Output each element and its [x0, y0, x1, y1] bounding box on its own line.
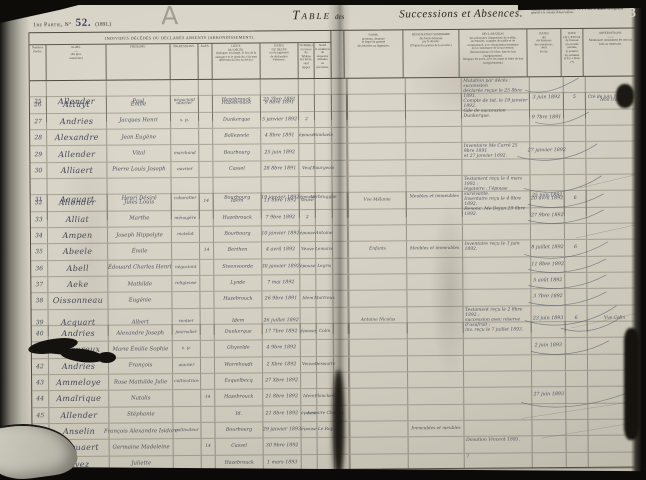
cell-age: [198, 145, 212, 161]
cell-etat: [298, 144, 314, 160]
cell-date-declaration: 27 9bre 1892: [530, 208, 564, 224]
cell-envoi: [566, 436, 588, 452]
cell-envoi: [565, 420, 587, 436]
cell-date-declaration: 11 8bre 1892: [530, 257, 564, 273]
cell-date-declaration: 3 7bre 1892: [530, 289, 564, 305]
cell-lieu-deces: Hazebrouck: [213, 292, 261, 308]
cell-sequestre: Vandaele: [314, 128, 331, 143]
cell-date-deces: 29 janvier 1893: [262, 422, 300, 438]
cell-declaration: [461, 110, 529, 126]
cell-nom: Oissonneau: [47, 293, 107, 309]
cell-designation: [407, 372, 463, 388]
cell-lieu-deces: Bourbourg: [214, 422, 262, 438]
cell-date-deces: 10 janvier 1892: [261, 226, 299, 242]
cell-profession: religieuse: [171, 276, 199, 292]
cell-designation: Meubles et immeubles: [406, 241, 462, 257]
cell-designation: [408, 437, 464, 453]
cell-heritiers: [349, 323, 407, 339]
cell-envoi: [565, 371, 587, 387]
cell-age: [199, 276, 213, 291]
cell-lieu-deces: Wormhoudt: [214, 357, 262, 373]
cell-envoi: [564, 273, 586, 289]
cell-etat: [301, 455, 317, 470]
cell-age: 14: [199, 194, 213, 209]
cell-profession: matelot: [171, 227, 199, 243]
cell-etat: [300, 340, 316, 355]
cell-profession: ouvrier: [170, 162, 198, 178]
cell-designation: [405, 94, 461, 110]
cell-declaration: [462, 224, 530, 240]
header-dates-deces: DATES DU DÉCÈS ou du jugement de déclara…: [259, 43, 297, 78]
cell-lieu-deces: Esquelbecq: [214, 373, 262, 389]
cell-heritiers: [347, 111, 405, 127]
cell-date-deces: 4 avril 1892: [261, 242, 299, 258]
cell-sequestre: [317, 454, 334, 469]
cell-lieu-deces: Bourbourg: [213, 226, 261, 242]
cell-etat: [300, 373, 316, 388]
cell-declaration: Donation Vincent 1893.: [464, 437, 532, 453]
cell-prenoms: Mathilde: [107, 276, 171, 292]
cell-envoi: [563, 126, 585, 142]
cell-nom: Alexandre: [46, 130, 106, 146]
cell-sequestre: Antoine: [315, 226, 332, 241]
cell-nom: Allender: [47, 195, 107, 211]
cell-envoi: [565, 355, 587, 371]
cell-date-declaration: 2 juin 1893: [531, 338, 565, 354]
cell-date-declaration: 27 juin 1893: [531, 387, 565, 403]
header-fold-spacer: [330, 31, 344, 78]
cell-lieu-deces: Bollezeele: [212, 128, 260, 144]
cell-prenoms: Jacques Henri: [106, 113, 170, 129]
cell-sequestre: [316, 340, 333, 355]
cell-heritiers: [347, 95, 405, 111]
cell-heritiers: [348, 258, 406, 274]
cell-row-number: 42: [32, 359, 48, 374]
cell-age: [200, 325, 214, 340]
cell-heritiers: [350, 438, 408, 454]
cell-nom: Attuyt: [46, 97, 106, 113]
cell-etat: [301, 438, 317, 453]
header-heritiers: NOMS, prénoms, demeure et degré de paren…: [344, 30, 402, 77]
cell-age: [199, 259, 213, 274]
part-prefix: 1re Partie, N°: [33, 22, 71, 28]
cell-designation: [405, 143, 461, 159]
title-word-table: Table: [292, 7, 331, 22]
header-numero-tableau: NUMÉRO et renvoi du Tableau des décès, s…: [297, 43, 313, 78]
cell-age: [198, 96, 212, 111]
cell-lieu-deces: Hazebrouck: [213, 210, 261, 226]
cell-declaration: 7: [464, 453, 532, 469]
scanned-register-page: 1re Partie, N° 52. (1891.) A Table des S…: [0, 0, 646, 480]
cell-declaration: [463, 404, 531, 420]
cell-row-number: 26: [30, 98, 46, 113]
cell-lieu-deces: Dunkerque: [212, 112, 260, 128]
cell-heritiers: Vve Mélanie: [348, 193, 406, 209]
cell-nom: Aeke: [47, 277, 107, 293]
cell-date-declaration: 9 7bre 1891: [529, 110, 563, 126]
cell-row-number: 35: [31, 244, 47, 259]
cell-declaration: [461, 126, 529, 142]
cell-nom: Amalrique: [48, 391, 108, 407]
cell-date-declaration: [532, 436, 566, 452]
cell-age: [200, 423, 214, 438]
cell-date-deces: 4 8bre 1891: [260, 128, 298, 144]
page-title-right: Successions et Absences.: [399, 7, 523, 20]
cell-envoi: [563, 159, 585, 175]
header-left-page: INDIVIDUS DÉCÉDÉS OU DÉCLARÉS ABSENTS (A…: [29, 31, 330, 80]
cell-age: [198, 113, 212, 128]
cell-declaration: [463, 339, 531, 355]
cell-heritiers: [348, 291, 406, 307]
cell-profession: ouvrier: [172, 358, 200, 374]
cell-prenoms: François: [108, 358, 172, 374]
cell-date-deces: 30 janvier 1892: [261, 259, 299, 275]
header-observations: OBSERVATIONS. —— Mentionner notamment le…: [582, 29, 637, 76]
header-declaration: DÉCLARATION des poursuites d'apposition …: [458, 29, 526, 77]
cell-sequestre: Le Roy: [316, 422, 333, 437]
cell-date-deces: 27 Xbre 1892: [262, 373, 300, 389]
cell-date-deces: 2 Xbre 1892: [262, 357, 300, 373]
cell-heritiers: [349, 421, 407, 437]
cell-sequestre: [315, 210, 332, 225]
cell-date-deces: 9 8bre 1891: [260, 96, 298, 112]
part-year: (1891.): [95, 22, 111, 28]
cell-row-number: 32: [31, 195, 47, 210]
cell-prenoms: Eugénie: [107, 292, 171, 308]
cell-prenoms: Germaine Madeleine: [109, 439, 173, 455]
cell-designation: [406, 290, 462, 306]
cell-date-declaration: [531, 404, 565, 420]
cell-envoi: [563, 110, 585, 126]
cell-sequestre: [314, 112, 331, 127]
cell-etat: Idem: [299, 291, 315, 306]
header-sequestre: NOM et résidence du séquestre mobilier e…: [313, 43, 330, 78]
cell-date-declaration: [530, 224, 564, 240]
cell-declaration: [462, 192, 530, 208]
cell-row-number: 43: [32, 375, 48, 390]
cell-envoi: [565, 387, 587, 403]
cell-date-declaration: 5 août 1892: [530, 273, 564, 289]
cell-envoi: [565, 403, 587, 419]
cell-designation: [407, 323, 463, 339]
cell-envoi: 6: [564, 240, 586, 256]
header-ages: ÂGES.: [197, 44, 211, 79]
register-sheet: 1re Partie, N° 52. (1891.) A Table des S…: [0, 0, 646, 480]
cell-sequestre: [315, 193, 332, 208]
cell-fold-spacer: [332, 242, 348, 257]
cell-row-number: 27: [30, 114, 46, 129]
cell-fold-spacer: [332, 209, 348, 224]
cell-age: 14: [199, 243, 213, 258]
cell-profession: cultivateur: [172, 423, 200, 439]
cell-fold-spacer: [332, 258, 348, 273]
cell-envoi: 6: [564, 191, 586, 207]
header-date-envoi: DATE DE L'ENVOI de l'extrait à la recett…: [560, 29, 582, 76]
cell-declaration: [462, 290, 530, 306]
cell-row-number: 36: [31, 261, 47, 276]
cell-date-deces: 5 janvier 1892: [260, 112, 298, 128]
cell-sequestre: Mortreux: [315, 291, 332, 306]
cell-profession: [171, 194, 199, 210]
cell-row-number: 37: [31, 277, 47, 292]
cell-declaration: [463, 355, 531, 371]
cell-prenoms: Émile: [106, 97, 170, 113]
cell-age: [198, 162, 212, 177]
cell-heritiers: [347, 144, 405, 160]
cell-age: [199, 210, 213, 225]
cell-sequestre: [314, 95, 331, 110]
cell-nom: Abeele: [47, 244, 107, 260]
cell-prenoms: Émile: [107, 243, 171, 259]
cell-date-deces: 26 9bre 1891: [261, 291, 299, 307]
cell-nom: Alliat: [47, 211, 107, 227]
cell-declaration: Inventaire reçu le 3 juin 1892.: [462, 241, 530, 257]
header-numero-ordre: Numéros d'ordre.: [29, 45, 45, 80]
folio-number: 3: [629, 6, 636, 22]
cell-row-number: 44: [32, 391, 48, 406]
table-header: INDIVIDUS DÉCÉDÉS OU DÉCLARÉS ABSENTS (A…: [29, 29, 637, 82]
cell-row-number: 33: [31, 212, 47, 227]
cell-date-declaration: 27 janvier 1892: [529, 142, 563, 158]
cell-row-number: 28: [30, 130, 46, 145]
cell-heritiers: [349, 405, 407, 421]
cell-designation: Immeubles et meubles: [407, 421, 463, 437]
right-edge-blot: [616, 84, 634, 108]
cell-fold-spacer: [331, 144, 347, 160]
cell-prenoms: Pierre Louis Joseph: [106, 162, 170, 178]
cell-profession: ménagère: [171, 211, 199, 227]
cell-fold-spacer: [333, 324, 349, 339]
cell-designation: [406, 209, 462, 225]
page-title-left: Table des: [292, 6, 344, 24]
cell-envoi: [565, 338, 587, 354]
cell-date-deces: 7 9bre 1892: [261, 210, 299, 226]
header-professions: PROFESSIONS.: [169, 44, 197, 79]
cell-age: [199, 292, 213, 307]
cell-designation: [407, 404, 463, 420]
cell-age: [200, 357, 214, 372]
cell-envoi: [564, 257, 586, 273]
cell-prenoms: Joseph Hippolyte: [107, 227, 171, 243]
cell-etat: épouse: [299, 259, 315, 274]
cell-declaration: [463, 371, 531, 387]
cell-designation: [406, 258, 462, 274]
part-label: 1re Partie, N° 52. (1891.): [33, 13, 111, 32]
cell-prenoms: Alexandre Joseph: [108, 325, 172, 341]
cell-designation: [405, 127, 461, 143]
cell-nom: Alliaert: [46, 162, 106, 178]
cell-designation: [405, 160, 461, 176]
cell-designation: [407, 355, 463, 371]
cell-sequestre: Lemaire: [315, 242, 332, 257]
cell-age: [200, 406, 214, 421]
cell-prenoms: Marthe: [107, 211, 171, 227]
cell-etat: épouse: [299, 226, 315, 241]
cell-declaration: [461, 94, 529, 110]
cell-date-deces: 28 8bre 1891: [260, 161, 298, 177]
cell-envoi: [564, 208, 586, 224]
cell-designation: [407, 339, 463, 355]
cell-date-declaration: [529, 126, 563, 142]
cell-designation: [405, 111, 461, 127]
cell-date-declaration: [531, 371, 565, 387]
cell-profession: [170, 129, 198, 145]
cell-sequestre: Bourgeois: [314, 161, 331, 176]
cell-envoi: [563, 142, 585, 158]
cell-nom: Abell: [47, 260, 107, 276]
alphabet-letter-mark: A: [161, 1, 178, 30]
cell-age: [200, 374, 214, 389]
cell-fold-spacer: [331, 95, 347, 110]
cell-lieu-deces: Steenvoorde: [213, 259, 261, 275]
cell-sequestre: Deswarte: [316, 357, 333, 372]
cell-date-declaration: 8 juillet 1892: [530, 240, 564, 256]
cell-lieu-deces: Id.: [214, 406, 262, 422]
cell-profession: s. p.: [170, 113, 198, 129]
cell-prenoms: Stéphanie: [108, 407, 172, 423]
cell-age: 14: [200, 390, 214, 405]
cell-date-deces: 21 8bre 1892: [262, 389, 300, 405]
cell-age: [199, 227, 213, 242]
cell-sequestre: [314, 144, 331, 160]
scan-edge-left: [0, 0, 30, 480]
cell-heritiers: [349, 356, 407, 372]
cell-lieu-deces: Berthen: [213, 243, 261, 259]
header-right-page: NOMS, prénoms, demeure et degré de paren…: [344, 29, 637, 78]
cell-lieu-deces: Cassel: [215, 439, 263, 455]
cell-declaration: [463, 322, 531, 338]
cell-declaration: [462, 208, 530, 224]
cell-heritiers: [349, 372, 407, 388]
cell-fold-spacer: [333, 340, 349, 355]
header-noms: NOMS. — (En gros caractères.): [45, 45, 105, 80]
cell-date-declaration: [529, 93, 563, 109]
cell-designation: [408, 453, 464, 469]
cell-envoi: [564, 224, 586, 240]
cell-profession: s. p.: [172, 341, 200, 357]
cell-declaration: [463, 420, 531, 436]
cell-envoi: [565, 322, 587, 338]
cell-etat: Veuve: [299, 242, 315, 257]
cell-designation: [406, 225, 462, 241]
header-left-columns: Numéros d'ordre. NOMS. — (En gros caract…: [29, 43, 330, 80]
cell-fold-spacer: [332, 291, 348, 306]
cell-date-deces: 17 7bre 1892: [262, 324, 300, 340]
cell-designation: [406, 274, 462, 290]
cell-date-declaration: [532, 453, 566, 469]
cell-date-declaration: 20 avril 1892: [530, 191, 564, 207]
cell-prenoms: Jean Eugène: [106, 129, 170, 145]
cell-declaration: [463, 388, 531, 404]
cell-date-deces: 21 8bre 1892: [262, 406, 300, 422]
cell-sequestre: [315, 275, 332, 290]
cell-sequestre: Legris: [315, 259, 332, 274]
cell-date-deces: 30 9bre 1892: [263, 438, 301, 454]
cell-prenoms: Vital: [106, 146, 170, 163]
cell-profession: [173, 439, 201, 455]
cell-date-declaration: [529, 159, 563, 175]
cell-prenoms: Marie Émilie Sophie: [108, 341, 172, 357]
cell-heritiers: [348, 274, 406, 290]
cell-prenoms: Natalis: [108, 390, 172, 406]
cell-sequestre: Lemaire Charles: [316, 405, 333, 420]
cell-designation: [407, 388, 463, 404]
cell-row-number: 34: [31, 228, 47, 243]
cell-declaration: [462, 257, 530, 273]
cell-etat: épouse: [298, 128, 314, 143]
cell-nom: Allender: [48, 407, 108, 423]
cell-envoi: [564, 289, 586, 305]
cell-lieu-deces: Bourbourg: [212, 145, 260, 161]
cell-profession: [171, 243, 199, 259]
cell-date-deces: 11 8bre 1892: [261, 193, 299, 209]
cell-date-deces: 7 mai 1892: [261, 275, 299, 291]
cell-lieu-deces: Hazebrouck: [214, 390, 262, 406]
cell-heritiers: [349, 389, 407, 405]
fold-ink-smudge: [333, 370, 344, 475]
cell-etat: 2: [299, 210, 315, 225]
cell-fold-spacer: [331, 128, 347, 143]
cell-nom: Ammeloye: [48, 375, 108, 391]
cell-etat: 2: [298, 112, 314, 127]
cell-fold-spacer: [331, 111, 347, 126]
cell-declaration: [461, 159, 529, 175]
cell-profession: négociant: [171, 260, 199, 276]
cell-designation: [406, 192, 462, 208]
cell-date-declaration: [531, 355, 565, 371]
cell-profession: journalier: [172, 325, 200, 341]
cell-declaration: [462, 273, 530, 289]
cell-row-number: 45: [32, 408, 48, 423]
cell-lieu-deces: Dunkerque: [214, 324, 262, 340]
cell-row-number: 38: [31, 293, 47, 308]
cell-heritiers: [350, 454, 408, 470]
header-dates-declarations: DATES des déclarations des mutations ; d…: [526, 29, 560, 76]
cell-heritiers: [348, 225, 406, 241]
cell-row-number: 30: [30, 163, 46, 178]
cell-date-deces: 4 9bre 1892: [262, 340, 300, 356]
cell-lieu-deces: Cassel: [212, 161, 260, 177]
header-prenoms: PRÉNOMS.: [105, 44, 169, 80]
cell-fold-spacer: [332, 226, 348, 241]
cell-sequestre: Colin: [316, 324, 333, 339]
cell-fold-spacer: [332, 275, 348, 290]
cell-age: [198, 129, 212, 144]
cell-prenoms: Rose Mathilde Julie: [108, 374, 172, 390]
header-lieux-deces: LIEUX DU DÉCÈS. (Indiquer, en marge, le …: [211, 43, 259, 78]
cell-profession: marchand: [170, 145, 198, 161]
cell-etat: [299, 275, 315, 290]
cell-profession: [171, 292, 199, 308]
cell-lieu-deces: Idem: [213, 194, 261, 210]
cell-lieu-deces: Hazebrouck: [212, 96, 260, 112]
cell-envoi: [566, 452, 588, 468]
cell-sequestre: [317, 438, 334, 453]
part-number: 52.: [76, 17, 92, 29]
cell-nom: Andries: [46, 113, 106, 129]
cell-heritiers: [348, 209, 406, 225]
cell-lieu-deces: Ghyvelde: [214, 341, 262, 357]
cell-age: [200, 341, 214, 356]
cell-profession: [172, 407, 200, 423]
cell-heritiers: [347, 127, 405, 143]
right-edge-blot: [624, 328, 639, 440]
cell-lieu-deces: Lynde: [213, 275, 261, 291]
header-designation: DÉSIGNATION SOMMAIRE des biens délaissés…: [402, 30, 458, 77]
cell-date-declaration: [531, 322, 565, 338]
cell-nom: Ampen: [47, 228, 107, 244]
cell-date-deces: 25 juin 1892: [260, 145, 298, 161]
